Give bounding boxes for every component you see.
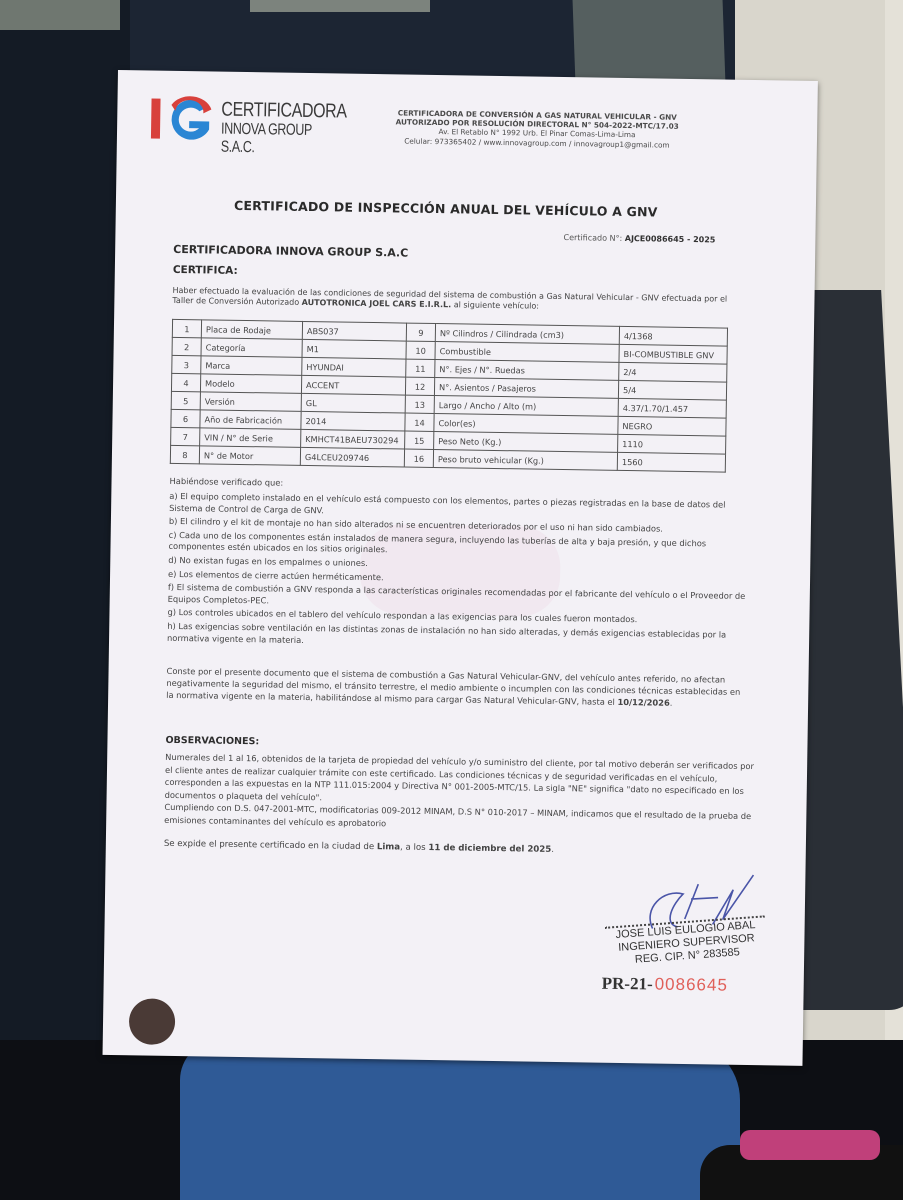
field-value: M1 <box>302 339 406 359</box>
certificate-paper: CERTIFICADORA INNOVA GROUP S.A.C. CERTIF… <box>103 70 818 1066</box>
row-number: 4 <box>171 373 200 391</box>
conste-end: . <box>670 698 673 708</box>
row-number: 9 <box>406 323 435 341</box>
row-number: 2 <box>172 337 201 355</box>
row-number: 7 <box>171 427 200 445</box>
certifica-heading: CERTIFICA: <box>173 264 238 277</box>
row-number: 13 <box>405 395 434 413</box>
field-label: Modelo <box>200 374 301 394</box>
issue-text: . <box>551 845 554 855</box>
field-label: Categoría <box>201 338 302 358</box>
field-value: GL <box>301 393 405 413</box>
field-value: 4.37/1.70/1.457 <box>618 398 726 418</box>
field-value: ABS037 <box>302 321 406 341</box>
issue-text: Se expide el presente certificado en la … <box>164 839 377 852</box>
conste-paragraph: Conste por el presente documento que el … <box>166 665 747 711</box>
document-title: CERTIFICADO DE INSPECCIÓN ANUAL DEL VEHÍ… <box>156 197 736 221</box>
vehicle-data-table: 1Placa de RodajeABS0379Nº Cilindros / Ci… <box>170 319 728 473</box>
ig-logo-icon <box>149 94 220 143</box>
field-value: KMHCT41BAEU730294 <box>301 429 405 449</box>
punch-hole <box>129 998 176 1045</box>
header-info: CERTIFICADORA DE CONVERSIÓN A GAS NATURA… <box>387 108 688 150</box>
company-logo: CERTIFICADORA INNOVA GROUP S.A.C. <box>149 92 350 150</box>
row-number: 3 <box>172 355 201 373</box>
observations-text: Numerales del 1 al 16, obtenidos de la t… <box>164 751 755 836</box>
intro-paragraph: Haber efectuado la evaluación de las con… <box>172 286 732 315</box>
field-value: 2/4 <box>619 362 727 382</box>
field-label: Marca <box>201 356 302 376</box>
workshop-name: AUTOTRONICA JOEL CARS E.I.R.L. <box>302 298 452 309</box>
field-label: Versión <box>200 392 301 412</box>
serial-number: PR-21-0086645 <box>602 974 728 996</box>
logo-subtitle: INNOVA GROUP S.A.C. <box>221 121 344 159</box>
issue-text: , a los <box>400 843 428 853</box>
row-number: 12 <box>405 377 434 395</box>
logo-title: CERTIFICADORA <box>221 100 347 123</box>
background-pink-item <box>740 1130 880 1160</box>
background-item <box>0 0 120 30</box>
field-label: Peso bruto vehicular (Kg.) <box>433 450 617 471</box>
field-label: N° de Motor <box>199 446 300 466</box>
field-value: 1560 <box>617 452 725 472</box>
valid-until-date: 10/12/2026 <box>617 697 669 708</box>
row-number: 8 <box>170 445 199 463</box>
issue-city: Lima <box>377 842 400 852</box>
intro-text: al siguiente vehículo: <box>451 300 539 310</box>
cert-number-label: Certificado N°: <box>563 233 622 243</box>
field-label: VIN / N° de Serie <box>200 428 301 448</box>
background-item <box>250 0 430 12</box>
row-number: 15 <box>405 431 434 449</box>
organization-name: CERTIFICADORA INNOVA GROUP S.A.C <box>173 243 408 260</box>
serial-prefix: PR-21- <box>602 974 653 994</box>
field-value: BI-COMBUSTIBLE GNV <box>619 344 727 364</box>
field-value: HYUNDAI <box>302 357 406 377</box>
serial-value: 0086645 <box>655 975 728 995</box>
field-value: ACCENT <box>301 375 405 395</box>
row-number: 5 <box>171 391 200 409</box>
observations-heading: OBSERVACIONES: <box>165 735 259 747</box>
row-number: 6 <box>171 409 200 427</box>
field-label: Placa de Rodaje <box>201 320 302 340</box>
row-number: 11 <box>406 359 435 377</box>
field-value: 5/4 <box>618 380 726 400</box>
cert-number-value: AJCE0086645 - 2025 <box>625 234 716 244</box>
issue-statement: Se expide el presente certificado en la … <box>164 839 754 858</box>
observations-paragraph: Numerales del 1 al 16, obtenidos de la t… <box>165 751 756 811</box>
row-number: 16 <box>404 449 433 467</box>
row-number: 10 <box>406 341 435 359</box>
background-jeans <box>180 1040 740 1200</box>
field-value: G4LCEU209746 <box>300 447 404 467</box>
verification-list: a) El equipo completo instalado en el ve… <box>167 491 749 655</box>
row-number: 14 <box>405 413 434 431</box>
field-label: Año de Fabricación <box>200 410 301 430</box>
field-value: 4/1368 <box>619 326 727 346</box>
verification-intro: Habiéndose verificado que: <box>169 476 283 488</box>
row-number: 1 <box>172 319 201 337</box>
field-value: 2014 <box>301 411 405 431</box>
field-value: NEGRO <box>618 416 726 436</box>
certificate-number: Certificado N°: AJCE0086645 - 2025 <box>495 232 715 244</box>
issue-date: 11 de diciembre del 2025 <box>428 843 551 855</box>
field-value: 1110 <box>618 434 726 454</box>
